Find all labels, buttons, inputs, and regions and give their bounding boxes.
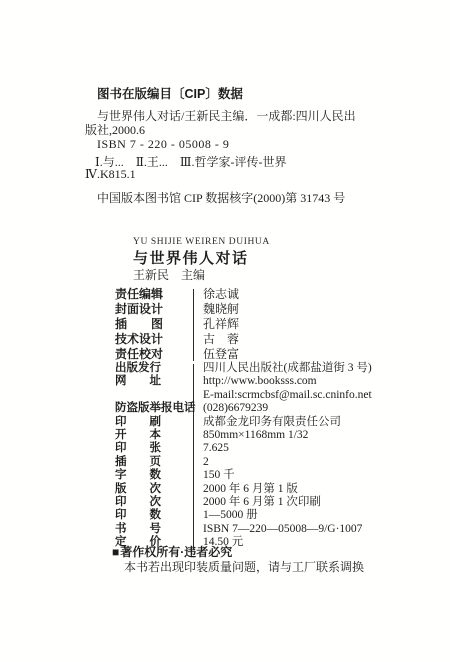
publishing-row: 字 数 150 千 (115, 469, 372, 482)
credit-row: 责任编辑 徐志诚 (115, 287, 239, 302)
credit-value: 孔祥辉 (193, 317, 239, 332)
publishing-label: 插 页 (115, 456, 193, 469)
publishing-label: 字 数 (115, 469, 193, 482)
publishing-row: 印 次 2000 年 6 月第 1 次印刷 (115, 496, 372, 509)
credits-block: 责任编辑 徐志诚 封面设计 魏晓舸 插 图 孔祥辉 技术设计 古 蓉 责任校对 … (115, 287, 239, 362)
credit-label: 责任编辑 (115, 287, 193, 302)
book-title: 与世界伟人对话 (133, 247, 249, 268)
publishing-value: 2000 年 6 月第 1 次印刷 (193, 496, 321, 509)
publishing-row: 插 页 2 (115, 456, 372, 469)
credit-value: 古 蓉 (193, 332, 239, 347)
cip-entry-line2: 版社,2000.6 (85, 121, 145, 138)
publishing-label: 印 次 (115, 496, 193, 509)
copyright-notice-text: 著作权所有·违者必究 (120, 545, 232, 559)
editor-line: 王新民 主编 (133, 266, 205, 283)
publishing-value: http://www.booksss.com (193, 375, 317, 388)
publishing-row: 开 本 850mm×1168mm 1/32 (115, 429, 372, 442)
publishing-row: 版 次 2000 年 6 月第 1 版 (115, 483, 372, 496)
publishing-row: 网 址 http://www.booksss.com (115, 375, 372, 388)
credit-label: 责任校对 (115, 347, 193, 362)
cip-record-number: 中国版本图书馆 CIP 数据核字(2000)第 31743 号 (97, 189, 345, 206)
publishing-value: (028)6679239 (193, 402, 268, 415)
credit-label: 技术设计 (115, 332, 193, 347)
publishing-row: 印 张 7.625 (115, 442, 372, 455)
credit-value: 徐志诚 (193, 287, 239, 302)
credit-row: 插 图 孔祥辉 (115, 317, 239, 332)
publishing-label: 印 数 (115, 509, 193, 522)
publishing-value: 成都金龙印务有限责任公司 (193, 416, 341, 429)
publishing-label: 版 次 (115, 483, 193, 496)
publishing-label: 网 址 (115, 375, 193, 388)
publishing-label: 开 本 (115, 429, 193, 442)
quality-notice: 本书若出现印装质量问题，请与工厂联系调换 (124, 558, 364, 575)
publishing-value: 1—5000 册 (193, 509, 258, 522)
publishing-label: 印 刷 (115, 416, 193, 429)
publishing-block: 出版发行 四川人民出版社(成都盐道街 3 号) 网 址 http://www.b… (115, 362, 372, 549)
publishing-value: 2000 年 6 月第 1 版 (193, 483, 298, 496)
publishing-value: 150 千 (193, 469, 235, 482)
cip-classification-line2: Ⅳ.K815.1 (85, 167, 136, 182)
cip-isbn: ISBN 7 - 220 - 05008 - 9 (97, 137, 229, 152)
publishing-row: 印 数 1—5000 册 (115, 509, 372, 522)
publishing-value: 850mm×1168mm 1/32 (193, 429, 308, 442)
publishing-value: E-mail:scrmcbsf@mail.sc.cninfo.net (193, 389, 372, 402)
copyright-page: 图书在版编目〔CIP〕数据 与世界伟人对话/王新民主编．一成都:四川人民出 版社… (0, 0, 450, 662)
publishing-row: 防盗版举报电话 (028)6679239 (115, 402, 372, 415)
publishing-label: 印 张 (115, 442, 193, 455)
credit-value: 魏晓舸 (193, 302, 239, 317)
publishing-value: ISBN 7—220—05008—9/G·1007 (193, 523, 362, 536)
publishing-label: 防盗版举报电话 (115, 402, 193, 415)
publishing-row: E-mail:scrmcbsf@mail.sc.cninfo.net (115, 389, 372, 402)
title-pinyin: YU SHIJIE WEIREN DUIHUA (133, 237, 270, 247)
cip-heading: 图书在版编目〔CIP〕数据 (97, 84, 243, 102)
credit-label: 插 图 (115, 317, 193, 332)
publishing-row: 出版发行 四川人民出版社(成都盐道街 3 号) (115, 362, 372, 375)
credit-value: 伍登富 (193, 347, 239, 362)
filled-square-icon: ■ (112, 545, 119, 559)
credit-row: 技术设计 古 蓉 (115, 332, 239, 347)
publishing-row: 印 刷 成都金龙印务有限责任公司 (115, 416, 372, 429)
credit-row: 责任校对 伍登富 (115, 347, 239, 362)
publishing-row: 书 号 ISBN 7—220—05008—9/G·1007 (115, 523, 372, 536)
credit-label: 封面设计 (115, 302, 193, 317)
publishing-value: 7.625 (193, 442, 229, 455)
publishing-label: 书 号 (115, 523, 193, 536)
credit-row: 封面设计 魏晓舸 (115, 302, 239, 317)
publishing-value: 2 (193, 456, 209, 469)
publishing-label: 出版发行 (115, 362, 193, 375)
publishing-value: 四川人民出版社(成都盐道街 3 号) (193, 362, 372, 375)
